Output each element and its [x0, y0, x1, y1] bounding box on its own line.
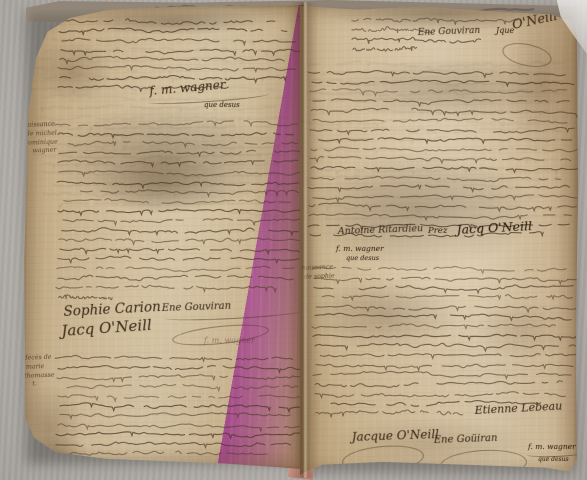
handwriting-line [58, 128, 285, 138]
handwriting-line [59, 381, 293, 391]
handwriting-line [353, 43, 418, 53]
handwriting-line [58, 419, 287, 429]
handwriting-line [315, 388, 557, 398]
handwriting-line [58, 204, 293, 214]
handwriting-line [57, 262, 284, 272]
handwriting-line [314, 281, 566, 291]
handwriting-line [58, 390, 297, 400]
handwriting-line [316, 359, 560, 369]
handwriting-line [313, 369, 563, 379]
handwriting-line [309, 200, 560, 210]
handwriting-line [58, 62, 286, 71]
handwriting-line [316, 301, 566, 311]
handwriting-line [60, 53, 286, 62]
handwriting-line [58, 447, 265, 457]
handwriting-line [312, 133, 560, 143]
handwriting-line [57, 176, 284, 186]
handwriting-line [57, 371, 286, 381]
handwriting-line [315, 310, 570, 320]
handwriting-line [312, 262, 562, 272]
handwriting-line [315, 349, 567, 359]
handwriting-line [311, 162, 567, 172]
margin-note-birth-michel-dominique: naissance de michel dominique wagner [23, 120, 68, 157]
handwriting-line [314, 272, 558, 282]
handwriting-line [60, 409, 294, 419]
handwriting-line [60, 400, 292, 410]
signature-prez: Prez [428, 226, 447, 236]
handwriting-line [313, 330, 563, 340]
handwriting-line [58, 156, 288, 166]
handwriting-line [312, 76, 568, 86]
handwriting-line [59, 147, 296, 157]
handwriting-line [58, 362, 295, 372]
handwriting-line [60, 243, 290, 253]
handwriting-line [55, 118, 290, 128]
handwriting-line [59, 233, 294, 243]
handwriting-line [55, 185, 287, 195]
handwriting-line [310, 124, 566, 134]
handwriting-line [313, 114, 564, 124]
handwriting-line [56, 195, 286, 205]
signature-note: que desus [346, 254, 379, 262]
handwriting-line [311, 143, 564, 153]
handwriting-line [311, 172, 559, 182]
handwriting-block-entry1 [58, 16, 296, 90]
handwriting-line [310, 85, 558, 95]
signature-wagner-faint: f. m. wagner [204, 336, 255, 345]
signature-note: que desus [538, 456, 569, 463]
right-page: Ene Gouviran Jque O'Neill Antoine Ritard… [300, 2, 578, 480]
handwriting-line [59, 214, 291, 224]
handwriting-line [58, 252, 290, 262]
handwriting-line [316, 407, 459, 417]
handwriting-line [308, 181, 561, 191]
handwriting-line [352, 24, 428, 34]
center-fold [290, 2, 318, 478]
handwriting-line [312, 320, 556, 330]
handwriting-line [314, 291, 561, 301]
handwriting-line [56, 438, 280, 448]
left-page: f. m. wagner que desus naissance de mich… [22, 4, 304, 470]
signature-wagner-small: f. m. wagner [528, 442, 576, 451]
handwriting-line [59, 166, 294, 176]
handwriting-line [57, 291, 110, 301]
handwriting-line [58, 272, 288, 282]
margin-note-line: t. [32, 380, 68, 390]
handwriting-line [315, 340, 562, 350]
handwriting-line [352, 14, 514, 24]
handwriting-line [311, 104, 570, 114]
handwriting-line [310, 152, 561, 162]
handwriting-line [315, 378, 562, 388]
handwriting-block-entry2 [55, 118, 297, 300]
handwriting-line [59, 137, 291, 147]
margin-note-line: wagner [32, 147, 68, 157]
handwriting-line [62, 35, 286, 44]
handwriting-line [60, 72, 279, 81]
manuscript-scan: f. m. wagner que desus naissance de mich… [0, 0, 587, 480]
signature-wagner-small: f. m. wagner [336, 244, 384, 253]
handwriting-line [313, 95, 566, 105]
handwriting-line [308, 66, 559, 76]
handwriting-line [313, 191, 572, 201]
handwriting-line [59, 25, 287, 34]
handwriting-line [55, 352, 287, 362]
handwriting-block-entry2 [308, 66, 572, 239]
signature-gouviran: Ene Goüiran [434, 433, 498, 446]
handwriting-line [56, 281, 269, 291]
handwriting-block-entry3 [312, 262, 572, 417]
handwriting-line [56, 428, 293, 438]
margin-note-death-marie-thomasse: décès de marie thomasse t. [23, 353, 68, 390]
signature-jque: Jque [496, 26, 514, 35]
handwriting-line [58, 224, 285, 234]
signature-note: que desus [204, 101, 240, 109]
handwriting-block-entry3 [55, 352, 299, 457]
handwriting-line [61, 44, 292, 53]
handwriting-line [58, 16, 267, 25]
